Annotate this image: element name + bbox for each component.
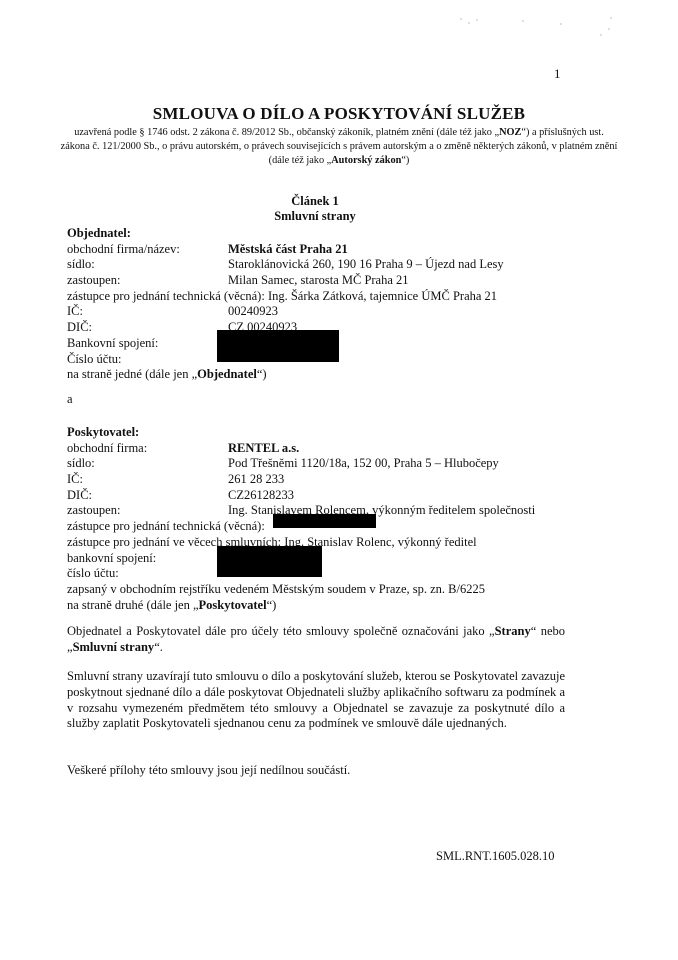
field-label: bankovní spojení: bbox=[67, 551, 156, 567]
subtitle-text-1: uzavřená podle § 1746 odst. 2 zákona č. … bbox=[74, 127, 499, 138]
closing-defined-term: Objednatel bbox=[197, 367, 257, 381]
poskytovatel-row-ic: IČ: 261 28 233 bbox=[67, 472, 485, 488]
paragraph-text: “. bbox=[154, 640, 163, 654]
objednatel-closing: na straně jedné (dále jen „Objednatel“) bbox=[67, 367, 497, 383]
closing-defined-term: Poskytovatel bbox=[199, 598, 267, 612]
field-label: obchodní firma: bbox=[67, 441, 147, 457]
objednatel-technical-rep: zástupce pro jednání technická (věcná): … bbox=[67, 289, 497, 305]
field-label: IČ: bbox=[67, 304, 83, 320]
document-page: 1 SMLOUVA O DÍLO A POSKYTOVÁNÍ SLUŽEB uz… bbox=[0, 0, 678, 960]
poskytovatel-row-address: sídlo: Pod Třešněmi 1120/18a, 152 00, Pr… bbox=[67, 456, 485, 472]
redacted-bank-details-poskytovatel bbox=[217, 546, 322, 577]
field-label: IČ: bbox=[67, 472, 83, 488]
subtitle-text-3: “) bbox=[401, 155, 409, 166]
article-title: Smluvní strany bbox=[0, 209, 630, 224]
field-label: sídlo: bbox=[67, 257, 95, 273]
field-label: Bankovní spojení: bbox=[67, 336, 158, 352]
field-label: zastoupen: bbox=[67, 503, 120, 519]
field-label: Číslo účtu: bbox=[67, 352, 122, 368]
poskytovatel-row-dic: DIČ: CZ26128233 bbox=[67, 488, 485, 504]
field-label: DIČ: bbox=[67, 320, 92, 336]
subtitle-autorsky: Autorský zákon bbox=[331, 155, 401, 166]
subtitle-noz: NOZ bbox=[499, 127, 521, 138]
poskytovatel-closing: na straně druhé (dále jen „Poskytovatel“… bbox=[67, 598, 485, 614]
objednatel-row-represented: zastoupen: Milan Samec, starosta MČ Prah… bbox=[67, 273, 497, 289]
poskytovatel-row-name: obchodní firma: RENTEL a.s. bbox=[67, 441, 485, 457]
field-label: obchodní firma/název: bbox=[67, 242, 180, 258]
objednatel-row-ic: IČ: 00240923 bbox=[67, 304, 497, 320]
field-label: DIČ: bbox=[67, 488, 92, 504]
poskytovatel-heading: Poskytovatel: bbox=[67, 425, 485, 441]
closing-text-end: “) bbox=[257, 367, 267, 381]
paragraph-attachments: Veškeré přílohy této smlouvy jsou její n… bbox=[67, 763, 565, 779]
scan-artifacts bbox=[450, 14, 630, 38]
field-value: Staroklánovická 260, 190 16 Praha 9 – Új… bbox=[228, 257, 504, 273]
field-value: Městská část Praha 21 bbox=[228, 242, 348, 258]
defined-term-strany: Strany bbox=[495, 624, 531, 638]
field-value: Pod Třešněmi 1120/18a, 152 00, Praha 5 –… bbox=[228, 456, 499, 472]
objednatel-row-address: sídlo: Staroklánovická 260, 190 16 Praha… bbox=[67, 257, 497, 273]
defined-term-smluvni-strany: Smluvní strany bbox=[73, 640, 155, 654]
article-heading: Článek 1 Smluvní strany bbox=[0, 194, 630, 224]
paragraph-contract-purpose: Smluvní strany uzavírají tuto smlouvu o … bbox=[67, 669, 565, 732]
field-label: číslo účtu: bbox=[67, 566, 119, 582]
redacted-bank-details-objednatel bbox=[217, 330, 339, 362]
paragraph-text: Objednatel a Poskytovatel dále pro účely… bbox=[67, 624, 495, 638]
closing-text: na straně druhé (dále jen „ bbox=[67, 598, 199, 612]
objednatel-row-name: obchodní firma/název: Městská část Praha… bbox=[67, 242, 497, 258]
closing-text: na straně jedné (dále jen „ bbox=[67, 367, 197, 381]
poskytovatel-registry: zapsaný v obchodním rejstříku vedeném Mě… bbox=[67, 582, 485, 598]
document-subtitle: uzavřená podle § 1746 odst. 2 zákona č. … bbox=[60, 126, 618, 168]
article-number: Článek 1 bbox=[0, 194, 630, 209]
field-value: 00240923 bbox=[228, 304, 278, 320]
closing-text-end: “) bbox=[267, 598, 277, 612]
field-value: RENTEL a.s. bbox=[228, 441, 299, 457]
redacted-technical-rep-poskytovatel bbox=[273, 514, 376, 528]
conjunction: a bbox=[67, 392, 73, 408]
page-number: 1 bbox=[554, 66, 561, 82]
paragraph-parties-definition: Objednatel a Poskytovatel dále pro účely… bbox=[67, 624, 565, 656]
objednatel-heading: Objednatel: bbox=[67, 226, 497, 242]
field-value: CZ26128233 bbox=[228, 488, 294, 504]
field-value: 261 28 233 bbox=[228, 472, 284, 488]
field-label: sídlo: bbox=[67, 456, 95, 472]
document-id: SML.RNT.1605.028.10 bbox=[436, 849, 555, 864]
document-title: SMLOUVA O DÍLO A POSKYTOVÁNÍ SLUŽEB bbox=[0, 104, 678, 124]
field-value: Milan Samec, starosta MČ Praha 21 bbox=[228, 273, 409, 289]
field-label: zastoupen: bbox=[67, 273, 120, 289]
